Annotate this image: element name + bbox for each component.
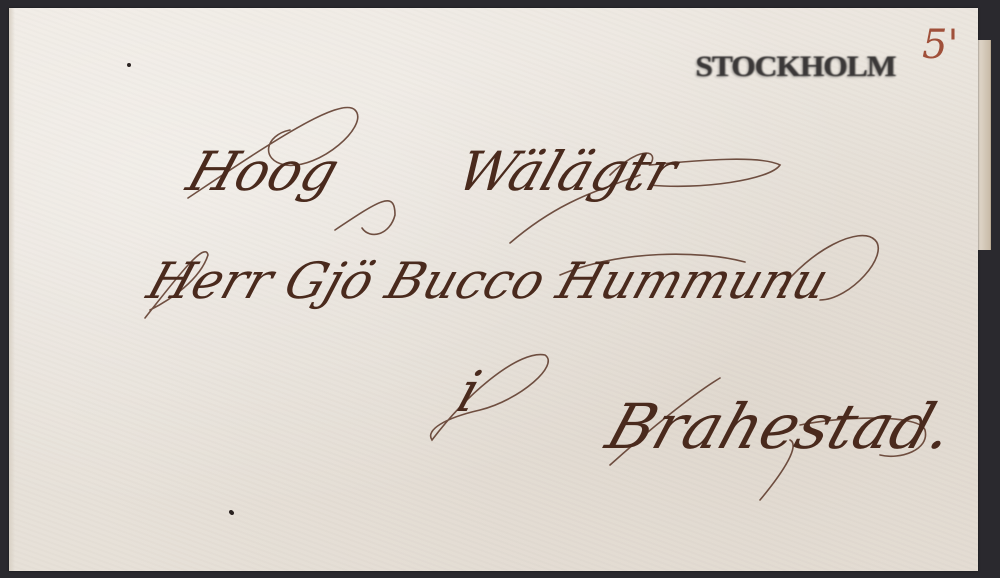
- rate-marking: 5': [922, 22, 958, 68]
- address-line4: Brahestad.: [598, 390, 964, 463]
- address-line1-right: Wälägtr: [450, 140, 685, 203]
- town-handstamp: STOCKHOLM: [695, 50, 895, 84]
- address-line1-left: Hoog: [180, 140, 347, 203]
- address-line2: Herr Gjö Bucco Hummunu: [141, 252, 836, 310]
- paper-speck: [229, 510, 233, 514]
- paper-speck: [127, 63, 131, 67]
